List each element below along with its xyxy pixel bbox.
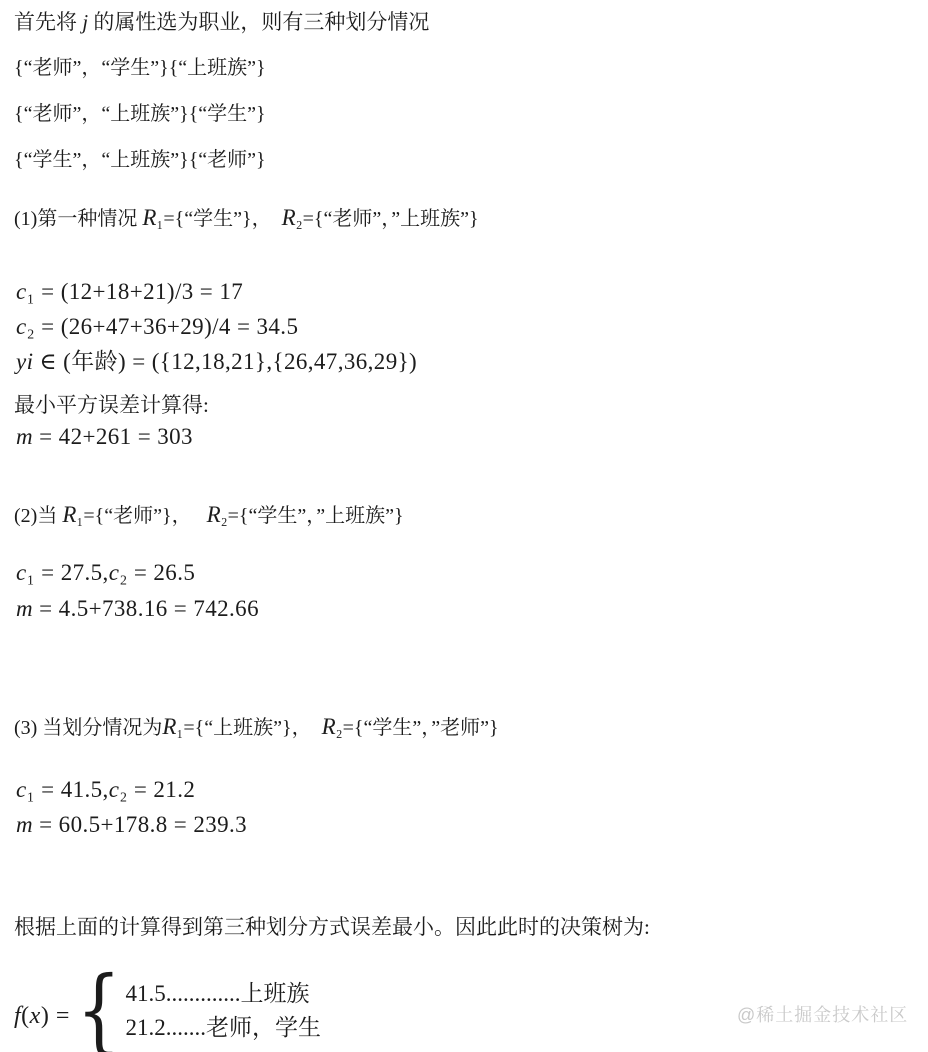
partition-line-2: {“老师”，“上班族”}{“学生”} [14,103,266,126]
juejin-watermark: @稀土掘金技术社区 [737,1001,908,1027]
partition-line-1: {“老师”，“学生”}{“上班族”} [14,57,266,80]
case1-formula-m: m = 42+261 = 303 [16,424,193,450]
case3-formula-m: m = 60.5+178.8 = 239.3 [16,812,247,838]
left-brace-glyph: { [76,970,121,1052]
case2-formula-m: m = 4.5+738.16 = 742.66 [16,596,259,622]
document-page: 首先将 j 的属性选为职业，则有三种划分情况 {“老师”，“学生”}{“上班族”… [0,0,928,1052]
case1-note: 最小平方误差计算得: [14,393,209,417]
case2-heading: (2)当 R₁={“老师”}， R₂={“学生”，”上班族”} [14,502,404,528]
case1-heading: (1)第一种情况 R₁={“学生”}， R₂={“老师”，”上班族”} [14,205,479,231]
conclusion-text: 根据上面的计算得到第三种划分方式误差最小。因此此时的决策树为: [14,915,650,939]
decision-function-lhs: f(x) = [14,1003,70,1030]
case2-formula-c: c₁ = 27.5,c₂ = 26.5 [16,560,195,586]
branch-shangbanzu: 41.5.............上班族 [126,977,322,1011]
branch-laoshi-xuesheng: 21.2.......老师，学生 [126,1011,322,1045]
case1-formula-yi: yi ∈ (年龄) = ({12,18,21},{26,47,36,29}) [16,349,417,375]
decision-function: f(x) = { 41.5.............上班族 21.2......… [14,976,321,1046]
partition-line-3: {“学生”，“上班族”}{“老师”} [14,149,266,172]
case1-formula-c2: c₂ = (26+47+36+29)/4 = 34.5 [16,314,298,340]
case3-formula-c: c₁ = 41.5,c₂ = 21.2 [16,777,195,803]
decision-function-branches: 41.5.............上班族 21.2.......老师，学生 [126,977,322,1045]
case1-formula-c1: c₁ = (12+18+21)/3 = 17 [16,279,243,305]
intro-text: 首先将 j 的属性选为职业，则有三种划分情况 [14,10,429,34]
case3-heading: (3) 当划分情况为R₁={“上班族”}， R₂={“学生”，”老师”} [14,714,499,740]
